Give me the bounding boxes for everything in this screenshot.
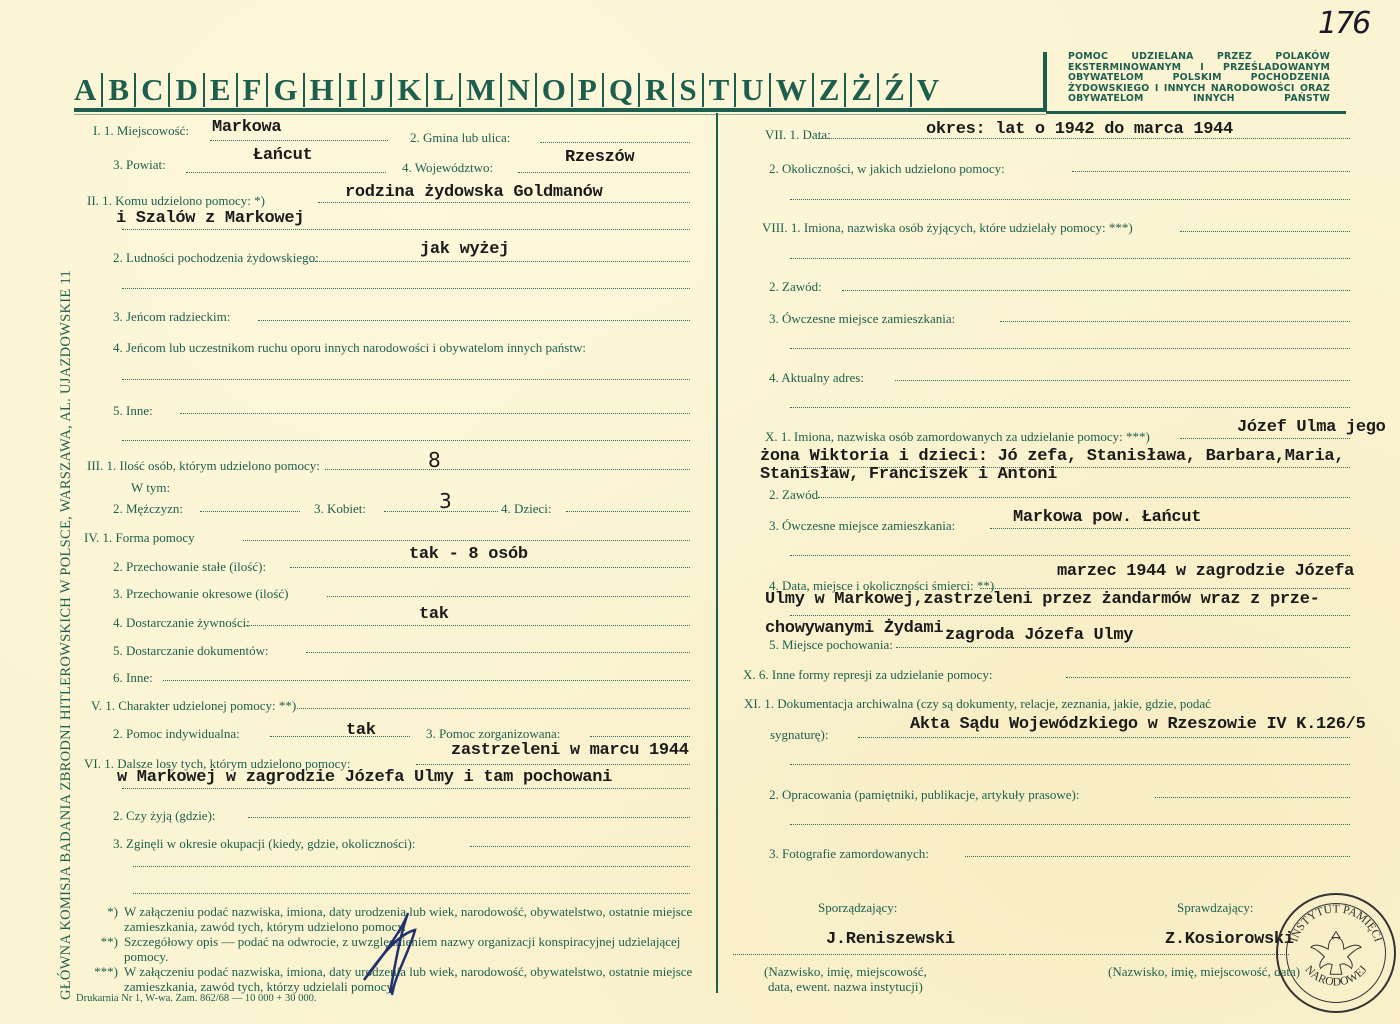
field-value-death-details[interactable]: marzec 1944 w zagrodzie Józefa — [1057, 562, 1354, 581]
header-rule — [74, 108, 1046, 112]
field-line — [1155, 797, 1350, 798]
field-label-alive: 2. Czy żyją (gdzie): — [113, 808, 216, 824]
field-line — [122, 229, 690, 230]
index-letter: Q — [602, 73, 638, 107]
index-letter: H — [303, 73, 339, 107]
field-value-voivodeship[interactable]: Rzeszów — [565, 148, 634, 167]
index-letter: T — [702, 73, 735, 107]
field-line — [210, 140, 388, 141]
field-line — [733, 954, 1006, 955]
field-label-other-aid: 6. Inne: — [113, 670, 153, 686]
field-value-murdered[interactable]: Józef Ulma jego — [1237, 418, 1386, 437]
field-line — [1180, 438, 1350, 439]
form-title: POMOC UDZIELANA PRZEZ POLAKÓW EKSTERMINO… — [1068, 52, 1330, 105]
alphabet-index: ABCDEFGHIJKLMNOPQRSTUWZŻŹV — [74, 72, 944, 108]
field-line — [1009, 954, 1289, 955]
field-line — [896, 647, 1350, 648]
field-label-circumstances: 2. Okoliczności, w jakich udzielono pomo… — [769, 161, 1005, 177]
issuer-sidebar: GŁÓWNA KOMISJA BADANIA ZBRODNI HITLEROWS… — [58, 120, 75, 1000]
field-line — [310, 261, 690, 262]
field-line — [246, 625, 690, 626]
field-label-organized-aid: 3. Pomoc zorganizowana: — [426, 726, 560, 742]
column-divider — [716, 113, 718, 993]
field-value-county[interactable]: Łańcut — [253, 146, 312, 165]
field-line — [790, 764, 1350, 765]
field-line — [122, 379, 690, 380]
field-label-soviet-pows: 3. Jeńcom radzieckim: — [113, 309, 230, 325]
index-letter: C — [134, 73, 168, 107]
field-line — [270, 736, 410, 737]
field-label-permanent-shelter: 2. Przechowanie stałe (ilość): — [113, 559, 266, 575]
field-label-archival-docs: XI. 1. Dokumentacja archiwalna (czy są d… — [744, 696, 1211, 712]
index-letter: S — [672, 73, 701, 107]
index-letter: V — [910, 73, 944, 107]
field-label-jewish-population: 2. Ludności pochodzenia żydowskiego: — [113, 250, 319, 266]
field-line — [790, 258, 1350, 259]
field-value-individual-aid[interactable]: tak — [346, 721, 376, 740]
field-line — [790, 615, 1350, 616]
field-label-other: 5. Inne: — [113, 403, 153, 419]
field-value-murdered-cont[interactable]: żona Wiktoria i dzieci: Jó zefa, Stanisł… — [760, 447, 1344, 466]
field-line — [133, 866, 690, 867]
field-label-helper-occupation: 2. Zawód: — [769, 279, 822, 295]
svg-text:NARODOWEJ: NARODOWEJ — [1302, 963, 1369, 989]
field-label-died: 3. Zginęli w okresie okupacji (kiedy, gd… — [113, 836, 415, 852]
field-line — [180, 413, 690, 414]
checked-by-label: Sprawdzający: — [1177, 900, 1254, 916]
index-letter: K — [390, 73, 426, 107]
field-value-aid-recipient-cont[interactable]: i Szalów z Markowej — [116, 209, 304, 228]
title-rule — [1046, 111, 1346, 114]
field-label-temporary-shelter: 3. Przechowanie okresowe (ilość) — [113, 586, 288, 602]
handwritten-initials-icon — [350, 905, 430, 1000]
svg-text:INSTYTUT PAMIĘCI: INSTYTUT PAMIĘCI — [1287, 902, 1385, 943]
field-label-helper-residence: 3. Ówczesne miejsce zamieszkania: — [769, 311, 955, 327]
index-letter: I — [339, 73, 363, 107]
index-letter: N — [500, 73, 534, 107]
index-letter: W — [769, 73, 812, 107]
field-value-women[interactable]: 3 — [439, 489, 452, 513]
field-label-murdered-occupation: 2. Zawód — [769, 487, 818, 503]
field-line — [858, 737, 1350, 738]
field-value-death-details-cont2[interactable]: chowywanymi Żydami. — [765, 619, 953, 638]
field-line — [248, 817, 690, 818]
field-line — [470, 846, 690, 847]
prepared-by-label: Sporządzający: — [818, 900, 897, 916]
field-line — [590, 736, 690, 737]
checked-by-caption: (Nazwisko, imię, miejscowość, data) — [1108, 964, 1300, 980]
field-label-documents-supply: 5. Dostarczanie dokumentów: — [113, 643, 269, 659]
field-label-signature: sygnaturę): — [770, 727, 828, 743]
index-letter: G — [266, 73, 302, 107]
field-line — [790, 555, 1350, 556]
field-label-murdered: X. 1. Imiona, nazwiska osób zamordowanyc… — [765, 429, 1150, 445]
field-line — [416, 764, 690, 765]
field-value-date[interactable]: okres: lat o 1942 do marca 1944 — [926, 120, 1233, 139]
field-line — [133, 893, 690, 894]
field-value-locality[interactable]: Markowa — [212, 118, 281, 137]
field-line — [122, 440, 690, 441]
field-value-archival-docs[interactable]: Akta Sądu Wojewódzkiego w Rzeszowie IV K… — [910, 715, 1365, 734]
field-label-voivodeship: 4. Województwo: — [402, 160, 493, 176]
field-label-food-supply: 4. Dostarczanie żywności: — [113, 615, 250, 631]
index-letter: R — [638, 73, 672, 107]
field-label-publications: 2. Opracowania (pamiętniki, publikacje, … — [769, 787, 1079, 803]
field-label-county: 3. Powiat: — [113, 157, 166, 173]
field-line — [200, 511, 300, 512]
field-value-murdered-residence[interactable]: Markowa pow. Łańcut — [1013, 508, 1201, 527]
field-line — [790, 199, 1350, 200]
field-line — [163, 680, 690, 681]
field-line — [790, 407, 1350, 408]
field-line — [1072, 171, 1350, 172]
field-line — [318, 202, 690, 203]
page-number: 176 — [1318, 6, 1369, 41]
field-line — [566, 511, 690, 512]
field-line — [297, 708, 690, 709]
field-value-aid-recipient[interactable]: rodzina żydowska Goldmanów — [345, 183, 602, 202]
field-value-burial-place[interactable]: zagroda Józefa Ulmy — [945, 626, 1133, 645]
field-line — [1180, 231, 1350, 232]
field-line — [258, 320, 690, 321]
field-label-children: 4. Dzieci: — [501, 501, 552, 517]
field-value-permanent-shelter[interactable]: tak - 8 osób — [409, 545, 528, 564]
field-line — [818, 497, 1350, 498]
field-label-aid-form: IV. 1. Forma pomocy — [84, 530, 195, 546]
field-value-further-fate[interactable]: zastrzeleni w marcu 1944 — [451, 741, 689, 760]
field-line — [980, 588, 1350, 589]
field-label-date: VII. 1. Data: — [765, 127, 831, 143]
index-letter: F — [236, 73, 267, 107]
index-letter: L — [426, 73, 459, 107]
field-value-food-supply[interactable]: tak — [419, 605, 449, 624]
field-line — [1066, 677, 1350, 678]
ipn-stamp: INSTYTUT PAMIĘCI NARODOWEJ — [1276, 893, 1396, 1013]
field-label-commune: 2. Gmina lub ulica: — [410, 130, 510, 146]
field-label-aid-recipient: II. 1. Komu udzielono pomocy: *) — [87, 193, 265, 209]
field-line — [1000, 321, 1350, 322]
header-rule-thin — [74, 114, 1046, 115]
field-value-further-fate-cont[interactable]: w Markowej w zagrodzie Józefa Ulmy i tam… — [117, 768, 612, 787]
index-letter: J — [363, 73, 391, 107]
field-line — [122, 288, 690, 289]
field-line — [540, 142, 690, 143]
field-line — [842, 290, 1350, 291]
index-letter: Ż — [844, 73, 877, 107]
field-label-current-address: 4. Aktualny adres: — [769, 370, 864, 386]
field-label-women: 3. Kobiet: — [314, 501, 366, 517]
field-line — [186, 172, 386, 173]
field-label-locality: I. 1. Miejscowość: — [93, 123, 189, 139]
field-line — [895, 380, 1350, 381]
prepared-by-caption: (Nazwisko, imię, miejscowość,data, ewent… — [764, 964, 927, 994]
field-line — [325, 469, 690, 470]
field-label-other-repression: X. 6. Inne formy represji za udzielanie … — [743, 667, 992, 683]
field-label-living-helpers: VIII. 1. Imiona, nazwiska osób żyjących,… — [762, 220, 1133, 236]
field-line — [990, 528, 1350, 529]
eagle-emblem-icon: INSTYTUT PAMIĘCI NARODOWEJ — [1278, 895, 1394, 1011]
index-letter: E — [203, 73, 236, 107]
field-line — [243, 540, 690, 541]
field-line — [790, 824, 1350, 825]
field-label-men: 2. Mężczyzn: — [113, 501, 183, 517]
field-value-murdered-cont2[interactable]: Stanisław, Franciszek i Antoni — [760, 465, 1057, 484]
field-value-people-count[interactable]: 8 — [428, 448, 441, 472]
index-letter: O — [535, 73, 571, 107]
field-line — [306, 652, 690, 653]
index-letter: D — [168, 73, 202, 107]
field-value-jewish-population[interactable]: jak wyżej — [420, 240, 509, 259]
index-letter: M — [459, 73, 500, 107]
prepared-by-value[interactable]: J.Reniszewski — [826, 930, 955, 949]
field-line — [290, 567, 690, 568]
field-label-of-which: W tym: — [131, 480, 170, 496]
field-label-individual-aid: 2. Pomoc indywidualna: — [113, 726, 240, 742]
index-letter: Z — [812, 73, 845, 107]
printer-imprint: Drukarnia Nr 1, W-wa. Zam. 862/68 — 10 0… — [76, 993, 316, 1004]
field-label-aid-character: V. 1. Charakter udzielonej pomocy: **) — [91, 698, 296, 714]
index-letter: A — [74, 73, 101, 107]
checked-by-value[interactable]: Z.Kosiorowski — [1165, 930, 1294, 949]
field-line — [327, 596, 690, 597]
field-line — [122, 788, 690, 789]
field-label-murdered-residence: 3. Ówczesne miejsce zamieszkania: — [769, 518, 955, 534]
field-line — [965, 856, 1350, 857]
index-letter: Ź — [877, 73, 910, 107]
field-label-resistance: 4. Jeńcom lub uczestnikom ruchu oporu in… — [113, 340, 586, 356]
index-letter: B — [101, 73, 134, 107]
field-label-people-count: III. 1. Ilość osób, którym udzielono pom… — [87, 458, 320, 474]
field-label-burial-place: 5. Miejsce pochowania: — [769, 637, 893, 653]
field-label-photos: 3. Fotografie zamordowanych: — [769, 846, 929, 862]
field-line — [790, 348, 1350, 349]
index-letter: P — [571, 73, 602, 107]
header-divider — [1043, 52, 1047, 112]
field-line — [518, 172, 690, 173]
field-value-death-details-cont[interactable]: Ulmy w Markowej,zastrzeleni przez żandar… — [765, 590, 1320, 609]
index-letter: U — [734, 73, 768, 107]
